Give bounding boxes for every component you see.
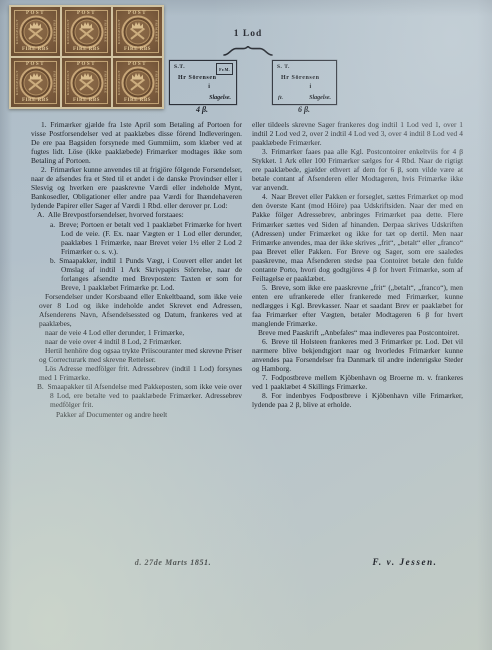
stamp-emblem-icon	[121, 15, 154, 48]
postage-stamp: POST KONGELIGT FRIMÆRKE FIRE RBS	[113, 58, 162, 107]
crown-icon	[30, 73, 41, 80]
stamp-bottom-text: FIRE RBS	[113, 47, 162, 53]
stamp-right-text: FRIMÆRKE	[103, 69, 108, 96]
paragraph: naar de veie over 4 indtil 8 Lod, 2 Frim…	[45, 337, 242, 346]
brace-icon	[222, 46, 274, 56]
address-preposition: i	[208, 84, 210, 90]
crown-icon	[132, 22, 143, 29]
addressee-name: Hr Sörensen	[178, 75, 217, 81]
stamp-emblem-icon	[121, 66, 154, 99]
postage-stamp: POST KONGELIGT FRIMÆRKE FIRE RBS	[62, 7, 111, 56]
paragraph: naar de veie 4 Lod eller derunder, 1 Fri…	[45, 328, 242, 337]
signature: F. v. Jessen.	[340, 557, 470, 567]
paragraph: eller tildeels skrevne Sager frankeres d…	[252, 120, 463, 147]
envelope-st-label: S. T.	[277, 64, 290, 70]
crown-icon	[81, 22, 92, 29]
paragraph: 6. Breve til Holsteen frankeres med 3 Fr…	[252, 337, 463, 373]
crown-icon	[30, 22, 41, 29]
date-line: d. 27de Marts 1851.	[98, 558, 248, 567]
price-caption-cash-paid: 6 β.	[284, 105, 324, 114]
address-town: Slagelse.	[309, 95, 331, 101]
paragraph: 3. Frimærker faaes paa alle Kgl. Postcon…	[252, 147, 463, 192]
paragraph: b. Smaapakker, indtil 1 Punds Vægt, i Co…	[50, 256, 242, 292]
paragraph: 2. Frimærker kunne anvendes til at frigj…	[31, 165, 242, 210]
postage-stamp: POST KONGELIGT FRIMÆRKE FIRE RBS	[62, 58, 111, 107]
crown-icon	[81, 73, 92, 80]
paragraph: Lös Adresse medfölger frit. Adressebrev …	[39, 364, 242, 382]
franco-note: fr.	[278, 95, 283, 101]
envelope-diagram-cash-paid: S. T. Hr Sörensen i fr. Slagelse.	[272, 60, 337, 105]
paragraph: a. Breve; Portoen er betalt ved 1 paaklæ…	[50, 220, 242, 256]
right-column: eller tildeels skrevne Sager frankeres d…	[252, 120, 463, 558]
stamp-bottom-text: FIRE RBS	[11, 98, 60, 104]
paragraph: Hertil henhöre dog ogsaa trykte Priiscou…	[39, 346, 242, 364]
paragraph: 5. Breve, som ikke ere paaskrevne „frit“…	[252, 283, 463, 328]
address-town: Slagelse.	[209, 95, 231, 101]
envelope-st-label: S.T.	[174, 64, 185, 70]
stamp-right-text: FRIMÆRKE	[154, 69, 159, 96]
stamp-right-text: FRIMÆRKE	[154, 18, 159, 45]
paragraph: B. Smaapakker til Afsendelse med Pakkepo…	[37, 382, 242, 409]
addressee-name: Hr Sörensen	[281, 75, 320, 81]
text-columns: 1. Frimærker gjælde fra 1ste April som B…	[31, 120, 463, 558]
postage-stamp: POST KONGELIGT FRIMÆRKE FIRE RBS	[113, 7, 162, 56]
paragraph: 7. Fodpostbreve mellem Kjöbenhavn og Bro…	[252, 373, 463, 391]
stamp-bottom-text: FIRE RBS	[62, 98, 111, 104]
paragraph: 8. For indenbyes Fodpostbreve i Kjöbenha…	[252, 391, 463, 409]
stamp-emblem-icon	[19, 15, 52, 48]
left-column: 1. Frimærker gjælde fra 1ste April som B…	[31, 120, 242, 558]
address-preposition: i	[310, 84, 312, 90]
paragraph: 1. Frimærker gjælde fra 1ste April som B…	[31, 120, 242, 165]
stamp-emblem-icon	[19, 66, 52, 99]
paragraph: Breve med Paaskrift „Anbefales“ maa indl…	[252, 328, 463, 337]
postage-stamp: POST KONGELIGT FRIMÆRKE FIRE RBS	[11, 7, 60, 56]
weight-group-label: 1 Lod	[222, 29, 274, 39]
paragraph: Forsendelser under Korsbaand eller Enkel…	[39, 292, 242, 328]
frimaerke-marker: Fr.M.	[216, 63, 233, 75]
postage-stamp: POST KONGELIGT FRIMÆRKE FIRE RBS	[11, 58, 60, 107]
stamp-emblem-icon	[70, 15, 103, 48]
envelope-diagram-franked: S.T. Fr.M. Hr Sörensen i Slagelse.	[169, 60, 237, 105]
stamp-bottom-text: FIRE RBS	[62, 47, 111, 53]
stamp-right-text: FRIMÆRKE	[52, 69, 57, 96]
stamp-block: POST KONGELIGT FRIMÆRKE FIRE RBS POST KO…	[9, 5, 164, 109]
price-caption-franked: 4 β.	[182, 105, 222, 114]
stamp-right-text: FRIMÆRKE	[52, 18, 57, 45]
paragraph: A. Alle Brevpostforsendelser, hvorved fo…	[37, 210, 242, 219]
stamp-emblem-icon	[70, 66, 103, 99]
postal-circular-page: POST KONGELIGT FRIMÆRKE FIRE RBS POST KO…	[0, 0, 492, 650]
crown-icon	[132, 73, 143, 80]
stamp-bottom-text: FIRE RBS	[113, 98, 162, 104]
stamp-bottom-text: FIRE RBS	[11, 47, 60, 53]
paragraph: 4. Naar Brevet eller Pakken er forseglet…	[252, 192, 463, 282]
paragraph: Pakker af Documenter og andre heelt	[50, 410, 242, 419]
stamp-right-text: FRIMÆRKE	[103, 18, 108, 45]
